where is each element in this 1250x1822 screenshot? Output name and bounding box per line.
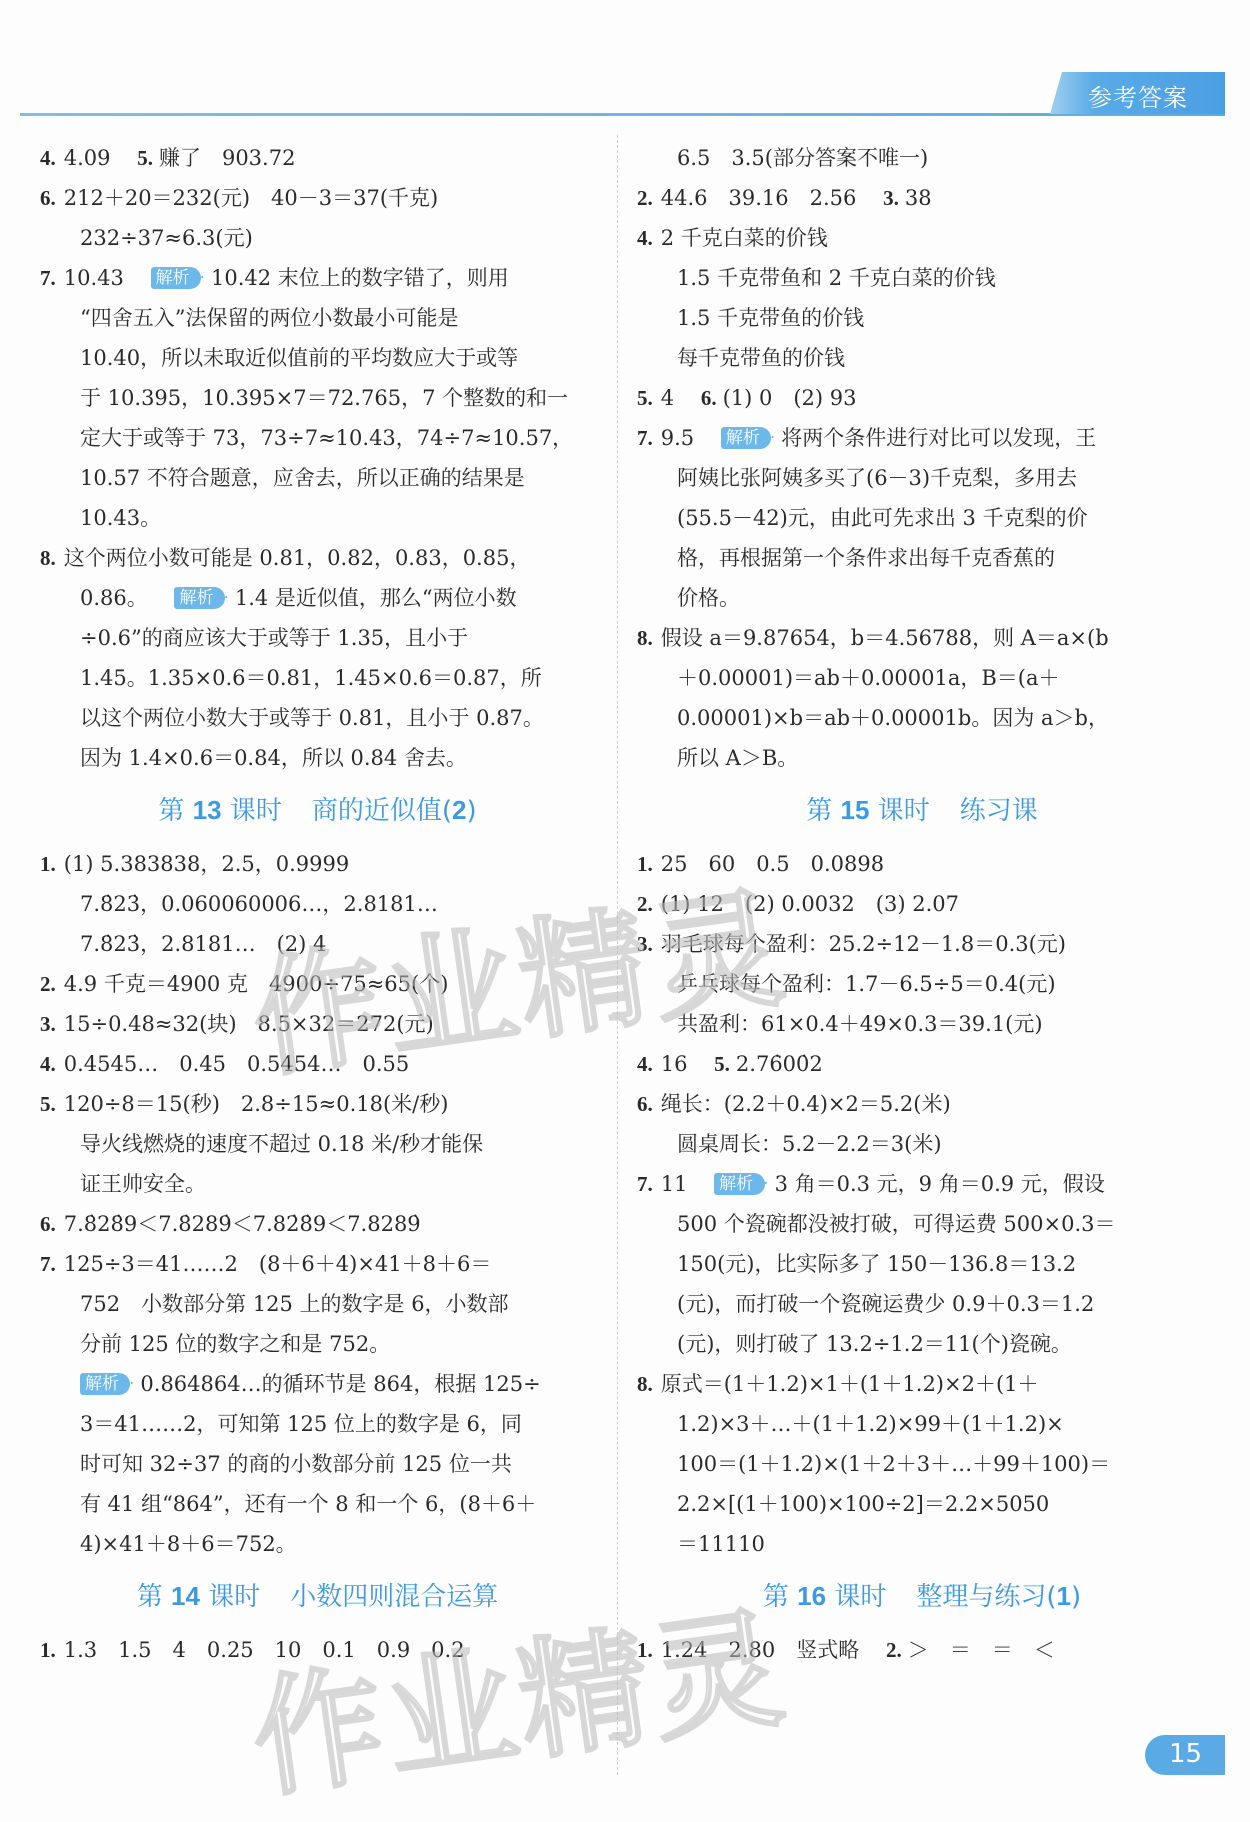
analysis-text: 0.864864…的循环节是 864，根据 125÷ [140,1372,540,1396]
heading-suffix: 课时 [878,796,930,826]
heading-suffix: 课时 [208,1582,260,1612]
analysis-badge: 解析 [714,1173,764,1195]
answer-text: 16 [661,1052,688,1076]
analysis-text: (55.5－42)元，由此可先求出 3 千克梨的价 [637,498,1207,538]
answer-text: 证王帅安全。 [40,1164,595,1204]
answer-text: 9.5 [661,426,694,450]
answer-text: 11 [661,1172,688,1196]
answer-text: 6.5 3.5(部分答案不唯一) [637,138,1207,178]
question-number: 6. [637,1092,653,1116]
answer-text: 每千克带鱼的价钱 [637,338,1207,378]
question-number: 7. [40,1252,56,1276]
answer-line: 7.9.5 解析将两个条件进行对比可以发现，王 [637,418,1207,458]
analysis-text: 150(元)，比实际多了 150－136.8＝13.2 [637,1244,1207,1284]
question-number: 5. [40,1092,56,1116]
answer-text: (1) 5.383838，2.5，0.9999 [64,852,350,876]
answer-text: 0.4545… 0.45 0.5454… 0.55 [64,1052,409,1076]
answer-text: 1.5 千克带鱼和 2 千克白菜的价钱 [637,258,1207,298]
question-number: 2. [40,972,56,996]
answer-text: 752 小数部分第 125 上的数字是 6，小数部 [40,1284,595,1324]
analysis-text: 4)×41＋8＋6＝752。 [40,1524,595,1564]
answer-text: 25 60 0.5 0.0898 [661,852,884,876]
lesson-title: 小数四则混合运算 [290,1582,498,1612]
question-number: 8. [40,546,56,570]
question-number: 3. [883,186,899,210]
analysis-text: 阿姨比张阿姨多买了(6－3)千克梨，多用去 [637,458,1207,498]
answer-line: 7.10.43 解析10.42 末位上的数字错了，则用 [40,258,595,298]
answer-text: 2.76̇00̇2 [736,1052,823,1076]
answer-line: 7.11 解析3 角＝0.3 元，9 角＝0.9 元，假设 [637,1164,1207,1204]
question-number: 7. [40,266,56,290]
analysis-text: 时可知 32÷37 的商的小数部分前 125 位一共 [40,1444,595,1484]
analysis-text: 因为 1.4×0.6＝0.84，所以 0.84 舍去。 [40,738,595,778]
analysis-text: 3 角＝0.3 元，9 角＝0.9 元，假设 [775,1172,1105,1196]
answer-line: 6.212＋20＝232(元) 40－3＝37(千克) [40,178,595,218]
answer-text: 44.6 39.16 2.56 [661,186,857,210]
lesson-part: 2 [452,795,466,825]
heading-prefix: 第 [137,1582,163,1612]
answer-line: 8.这个两位小数可能是 0.81，0.82，0.83，0.85， [40,538,595,578]
question-number: 4. [40,146,56,170]
heading-suffix: 课时 [230,796,282,826]
answer-text: 分前 125 位的数字之和是 752。 [40,1324,595,1364]
question-number: 8. [637,1372,653,1396]
analysis-text: 有 41 组“864”，还有一个 8 和一个 6，(8＋6＋ [40,1484,595,1524]
answer-text: 假设 a＝9.87654，b＝4.56788，则 A＝a×(b [661,626,1109,650]
answer-text: 共盈利：61×0.4＋49×0.3＝39.1(元) [637,1004,1207,1044]
question-number: 5. [637,386,653,410]
analysis-text: 1.4 是近似值，那么“两位小数 [235,586,517,610]
analysis-text: 定大于或等于 73，73÷7≈10.43，74÷7≈10.57， [40,418,595,458]
question-number: 2. [637,892,653,916]
answer-text: 2 千克白菜的价钱 [661,226,828,250]
analysis-text: 10.43。 [40,498,595,538]
heading-paren: ) [466,796,476,826]
header-rule [20,113,1225,116]
lesson-number: 16 [797,1581,826,1611]
answer-line: 1.(1) 5.383838，2.5，0.9999 [40,844,595,884]
answer-text: 7.8̇23̇，2.8181… (2) 4 [40,924,595,964]
answer-line: 4.4.09 5.赚了 903.72 [40,138,595,178]
answer-text: 1.2)×3＋…＋(1＋1.2)×99＋(1＋1.2)× [637,1404,1207,1444]
question-number: 2. [886,1638,902,1662]
question-number: 8. [637,626,653,650]
heading-suffix: 课时 [834,1582,886,1612]
answer-line: 1.1.24 2.80 竖式略 2.＞ ＝ ＝ ＜ [637,1630,1207,1670]
heading-paren: ) [1071,1582,1081,1612]
lesson-number: 14 [171,1581,200,1611]
answer-text: (1) 0 (2) 93 [723,386,857,410]
answer-line: 4.0.4545… 0.45 0.5454… 0.55 [40,1044,595,1084]
question-number: 1. [637,852,653,876]
answer-text: 绳长：(2.2＋0.4)×2＝5.2(米) [661,1092,951,1116]
answer-line: 2.(1) 12 (2) 0.0032 (3) 2.07 [637,884,1207,924]
section-heading-15: 第 15 课时练习课 [637,782,1207,838]
answer-line: 7.125÷3＝41……2 (8＋6＋4)×41＋8＋6＝ [40,1244,595,1284]
answer-text: 212＋20＝232(元) 40－3＝37(千克) [64,186,438,210]
answer-key-tab: 参考答案 [1050,72,1225,114]
lesson-title: 商的近似值( [312,796,452,826]
answer-line: 6.绳长：(2.2＋0.4)×2＝5.2(米) [637,1084,1207,1124]
answer-text: 乒乓球每个盈利：1.7－6.5÷5＝0.4(元) [637,964,1207,1004]
analysis-text: (元)，而打破一个瓷碗运费少 0.9＋0.3＝1.2 [637,1284,1207,1324]
answer-text: 125÷3＝41……2 (8＋6＋4)×41＋8＋6＝ [64,1252,492,1276]
column-divider [617,135,618,1775]
answer-text: 0.00001)×b＝ab＋0.00001b。因为 a＞b， [637,698,1207,738]
heading-prefix: 第 [806,796,832,826]
analysis-text: 格，再根据第一个条件求出每千克香蕉的 [637,538,1207,578]
answer-line: 1.25 60 0.5 0.0898 [637,844,1207,884]
answer-text: 232÷37≈6.3(元) [40,218,595,258]
answer-text: (1) 12 (2) 0.0032 (3) 2.07 [661,892,959,916]
analysis-badge: 解析 [721,427,771,449]
analysis-text: 1.45。1.35×0.6＝0.81，1.45×0.6＝0.87，所 [40,658,595,698]
question-number: 7. [637,1172,653,1196]
question-number: 2. [637,186,653,210]
lesson-number: 13 [193,795,222,825]
analysis-text: 以这个两位小数大于或等于 0.81，且小于 0.87。 [40,698,595,738]
question-number: 1. [40,1638,56,1662]
answer-text: 4.09 [64,146,111,170]
question-number: 3. [40,1012,56,1036]
answer-text: 1.3 1.5 4 0.25 10 0.1 0.9 0.2 [64,1638,465,1662]
page-number: 15 [1169,1739,1202,1769]
analysis-text: ÷0.6”的商应该大于或等于 1.35，且小于 [40,618,595,658]
answer-line: 2.44.6 39.16 2.56 3.38 [637,178,1207,218]
page-number-badge: 15 [1145,1735,1225,1775]
question-number: 6. [40,1212,56,1236]
answer-line: 4.2 千克白菜的价钱 [637,218,1207,258]
answer-text: 原式＝(1＋1.2)×1＋(1＋1.2)×2＋(1＋ [661,1372,1039,1396]
question-number: 6. [40,186,56,210]
analysis-text: 10.42 末位上的数字错了，则用 [211,266,509,290]
lesson-title: 整理与练习( [916,1582,1056,1612]
question-number: 4. [40,1052,56,1076]
answer-line: 8.原式＝(1＋1.2)×1＋(1＋1.2)×2＋(1＋ [637,1364,1207,1404]
answer-text: 38 [905,186,932,210]
question-number: 5. [137,146,153,170]
answer-line: 5.120÷8＝15(秒) 2.8÷15≈0.18(米/秒) [40,1084,595,1124]
analysis-text: 于 10.395，10.395×7＝72.765，7 个整数的和一 [40,378,595,418]
answer-text: 1.24 2.80 竖式略 [661,1638,860,1662]
lesson-title: 练习课 [960,796,1038,826]
left-column: 4.4.09 5.赚了 903.72 6.212＋20＝232(元) 40－3＝… [40,138,595,1670]
question-number: 3. [637,932,653,956]
answer-line: 0.86。 解析1.4 是近似值，那么“两位小数 [40,578,595,618]
analysis-badge: 解析 [151,267,201,289]
analysis-text: “四舍五入”法保留的两位小数最小可能是 [40,298,595,338]
analysis-text: 10.40，所以未取近似值前的平均数应大于或等 [40,338,595,378]
answer-text: 这个两位小数可能是 0.81，0.82，0.83，0.85， [64,546,531,570]
heading-prefix: 第 [158,796,184,826]
answer-text: 120÷8＝15(秒) 2.8÷15≈0.18(米/秒) [64,1092,449,1116]
answer-text: 1.5 千克带鱼的价钱 [637,298,1207,338]
answer-line: 5.4 6.(1) 0 (2) 93 [637,378,1207,418]
heading-prefix: 第 [763,1582,789,1612]
analysis-badge: 解析 [80,1373,130,1395]
answer-line: 6.7.8̇28̇9＜7.8̇289̇＜7.82̇8̇9＜7.8289̇ [40,1204,595,1244]
answer-text: ＞ ＝ ＝ ＜ [908,1638,1055,1662]
answer-text: 赚了 903.72 [159,146,295,170]
analysis-text: (元)，则打破了 13.2÷1.2＝11(个)瓷碗。 [637,1324,1207,1364]
answer-text: 0.86。 [80,586,148,610]
lesson-number: 15 [841,795,870,825]
answer-line: 解析0.864864…的循环节是 864，根据 125÷ [40,1364,595,1404]
answer-text: 4.9 千克＝4900 克 4900÷75≈65(个) [64,972,449,996]
analysis-badge: 解析 [174,587,224,609]
analysis-text: 价格。 [637,578,1207,618]
answer-key-label: 参考答案 [1088,78,1188,113]
question-number: 1. [40,852,56,876]
question-number: 1. [637,1638,653,1662]
answer-text: 7.8̇23̇，0.060060006…，2.8181… [40,884,595,924]
answer-text: 15÷0.48≈32(块) 8.5×32＝272(元) [64,1012,434,1036]
answer-text: 10.43 [64,266,124,290]
answer-line: 3.羽毛球每个盈利：25.2÷12－1.8＝0.3(元) [637,924,1207,964]
question-number: 6. [701,386,717,410]
right-column: 6.5 3.5(部分答案不唯一) 2.44.6 39.16 2.56 3.38 … [637,138,1207,1670]
answer-text: 圆桌周长：5.2－2.2＝3(米) [637,1124,1207,1164]
section-heading-13: 第 13 课时商的近似值(2) [40,782,595,838]
section-heading-16: 第 16 课时整理与练习(1) [637,1568,1207,1624]
question-number: 4. [637,226,653,250]
answer-line: 4.16 5.2.76̇00̇2 [637,1044,1207,1084]
answer-text: 所以 A＞B。 [637,738,1207,778]
analysis-text: 10.57 不符合题意，应舍去，所以正确的结果是 [40,458,595,498]
analysis-text: 将两个条件进行对比可以发现，王 [781,426,1096,450]
answer-line: 3.15÷0.48≈32(块) 8.5×32＝272(元) [40,1004,595,1044]
answer-text: 7.8̇28̇9＜7.8̇289̇＜7.82̇8̇9＜7.8289̇ [64,1212,421,1236]
answer-text: 4 [661,386,674,410]
analysis-text: 500 个瓷碗都没被打破，可得运费 500×0.3＝ [637,1204,1207,1244]
lesson-part: 1 [1057,1581,1071,1611]
question-number: 7. [637,426,653,450]
answer-text: 100＝(1＋1.2)×(1＋2＋3＋…＋99＋100)＝ [637,1444,1207,1484]
answer-text: ＝11110 [637,1524,1207,1564]
answer-line: 8.假设 a＝9.87654，b＝4.56788，则 A＝a×(b [637,618,1207,658]
question-number: 5. [714,1052,730,1076]
answer-text: 导火线燃烧的速度不超过 0.18 米/秒才能保 [40,1124,595,1164]
answer-text: 羽毛球每个盈利：25.2÷12－1.8＝0.3(元) [661,932,1066,956]
answer-text: 2.2×[(1＋100)×100÷2]＝2.2×5050 [637,1484,1207,1524]
answer-text: ＋0.00001)＝ab＋0.00001a，B＝(a＋ [637,658,1207,698]
analysis-text: 3＝41……2，可知第 125 位上的数字是 6，同 [40,1404,595,1444]
question-number: 4. [637,1052,653,1076]
section-heading-14: 第 14 课时小数四则混合运算 [40,1568,595,1624]
answer-line: 2.4.9 千克＝4900 克 4900÷75≈65(个) [40,964,595,1004]
answer-line: 1.1.3 1.5 4 0.25 10 0.1 0.9 0.2 [40,1630,595,1670]
